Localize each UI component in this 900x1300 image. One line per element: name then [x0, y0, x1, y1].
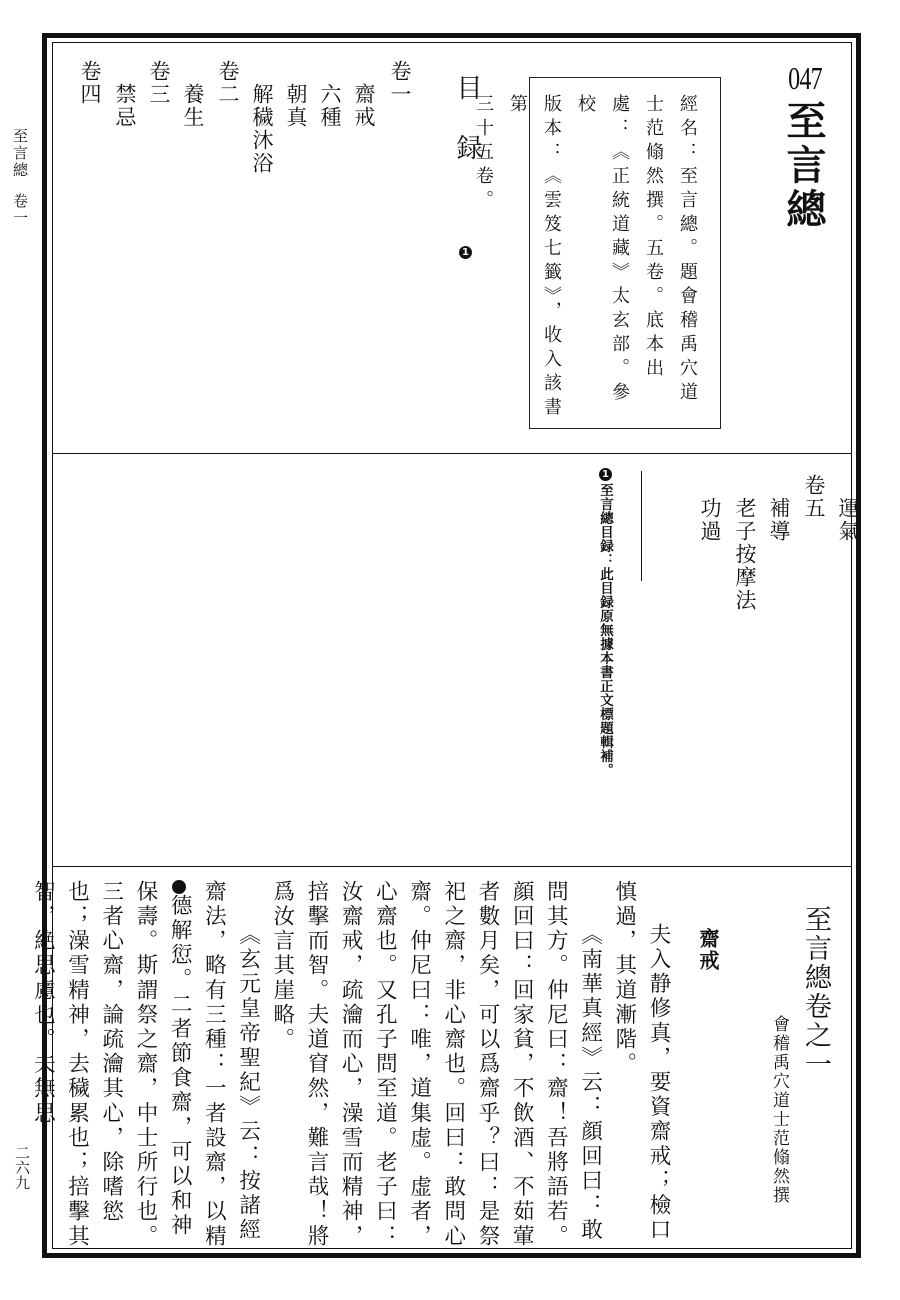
section-divider-top: [53, 453, 851, 454]
toc-entry-liuzhong[interactable]: 六種: [318, 83, 342, 129]
info-line: 版本：《雲笈七籤》，收入該書第: [500, 94, 568, 424]
toc-entry-budao[interactable]: 補導: [767, 497, 791, 543]
toc-entry-jiehui-muyu[interactable]: 解穢沐浴: [250, 83, 274, 175]
paragraph: 《南華真經》云：顔回曰：敢問其方。仲尼曰：齋！吾將語若。顔回曰：回家貧，不飲酒、…: [265, 880, 607, 1260]
paragraph-text: 德解愆。二者節食齋，可以和神保壽。斯謂祭之齋，中士所行也。三者心齋，論疏瀹其心，…: [30, 880, 192, 1249]
toc-entry-volume-1[interactable]: 卷一: [388, 60, 412, 106]
toc-entry-volume-4[interactable]: 卷四: [78, 60, 102, 106]
footnote-text: 至言總目録：此目録原無據本書正文標題輯補。: [597, 483, 613, 777]
toc-entry-laozi-anmofa[interactable]: 老子按摩法: [733, 497, 757, 612]
paragraph: 《玄元皇帝聖紀》云：按諸經齋法，略有三種：一者設齋，以精1德解愆。二者節食齋，可…: [25, 880, 264, 1260]
footnote-marker-icon[interactable]: 1: [172, 880, 186, 894]
book-title: 至言總: [778, 100, 828, 232]
footnote-rule: [641, 471, 642, 581]
toc-title-text: 目録: [452, 74, 482, 194]
info-line: 經名：至言總。題會稽禹穴道: [670, 94, 704, 424]
toc-entry-gongguo[interactable]: 功過: [698, 497, 722, 543]
toc-entry-volume-3[interactable]: 卷三: [147, 60, 171, 106]
toc-entry-zhaijie[interactable]: 齋戒: [352, 83, 376, 129]
section-heading: 齋戒: [697, 928, 719, 972]
toc-entry-volume-2[interactable]: 卷二: [216, 60, 240, 106]
toc-entry-chaozhen[interactable]: 朝真: [284, 83, 308, 129]
volume-number: 047: [786, 60, 824, 97]
running-head: 至言總卷一: [10, 128, 30, 227]
chapter-title: 至言總卷之一: [800, 905, 830, 1079]
body-text: 夫入静修真，要資齋戒；檢口慎過，其道漸階。 《南華真經》云：顔回曰：敢問其方。仲…: [25, 880, 675, 1260]
chapter-author: 會稽禹穴道士范翛然撰: [768, 1015, 790, 1205]
toc-entry-yunqi[interactable]: 運氣: [836, 497, 860, 543]
section-divider-bottom: [53, 866, 851, 867]
info-line: 士范翛然撰。五卷。底本出: [636, 94, 670, 424]
toc-entry-volume-5[interactable]: 卷五: [802, 474, 826, 520]
running-head-volume: 卷一: [11, 193, 29, 227]
footnote: 1至言總目録：此目録原無據本書正文標題輯補。: [597, 468, 613, 777]
toc-entry-yangsheng[interactable]: 養生: [181, 83, 205, 129]
toc-title: 目録 1: [452, 74, 482, 194]
paragraph-text: 《玄元皇帝聖紀》云：按諸經齋法，略有三種：一者設齋，以精: [201, 880, 260, 1249]
paragraph: 夫入静修真，要資齋戒；檢口慎過，其道漸階。: [607, 880, 675, 1260]
toc-entry-jinji[interactable]: 禁忌: [113, 83, 137, 129]
info-box: 經名：至言總。題會稽禹穴道 士范翛然撰。五卷。底本出 處：《正統道藏》太玄部。參…: [529, 77, 721, 429]
info-line: 處：《正統道藏》太玄部。參校: [568, 94, 636, 424]
footnote-marker-icon: 1: [599, 468, 612, 481]
footnote-marker-icon[interactable]: 1: [459, 246, 472, 259]
running-head-title: 至言總: [11, 128, 29, 179]
info-box-text: 經名：至言總。題會稽禹穴道 士范翛然撰。五卷。底本出 處：《正統道藏》太玄部。參…: [466, 94, 704, 424]
